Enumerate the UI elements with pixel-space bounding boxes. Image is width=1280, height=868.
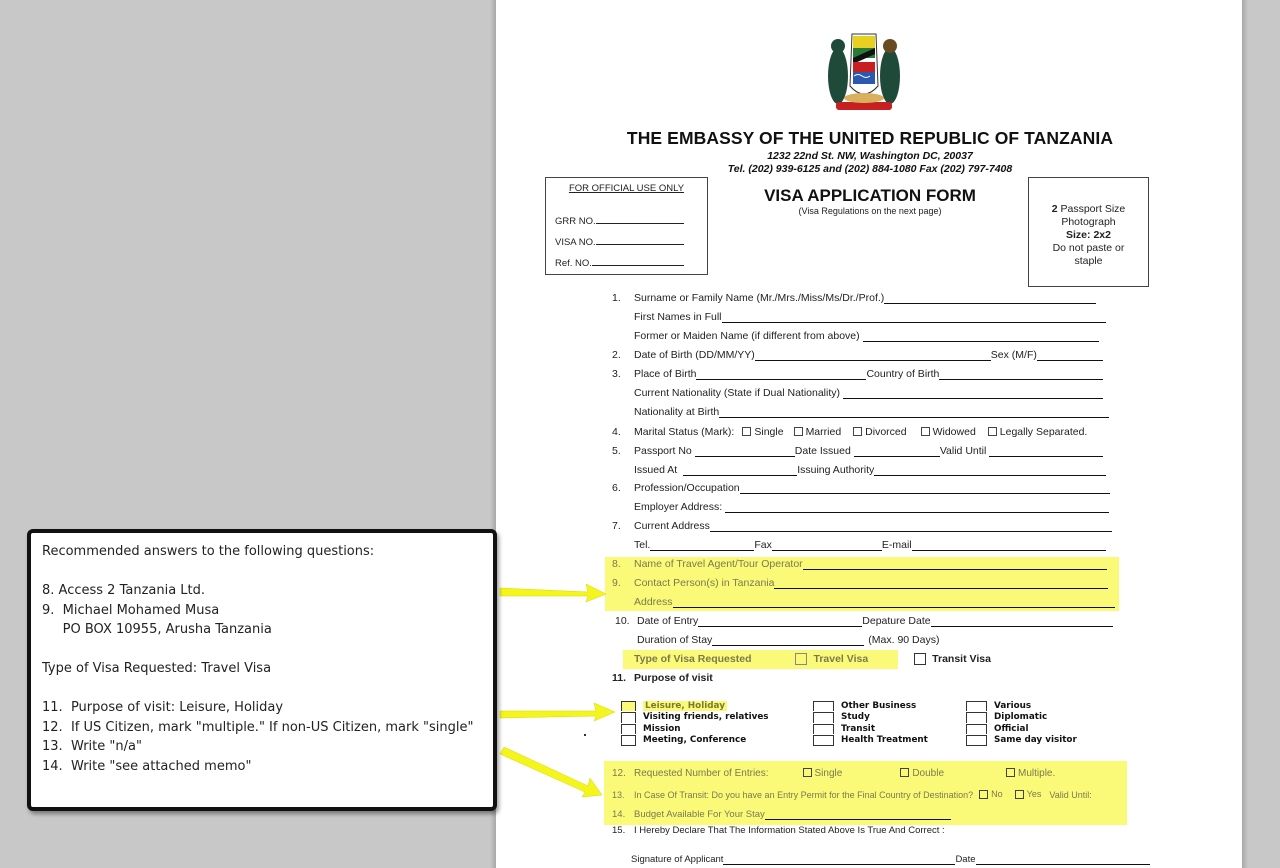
q4-marital-status: 4. Marital Status (Mark): Single Married… bbox=[612, 426, 1087, 438]
marital-separated-checkbox[interactable]: Legally Separated. bbox=[988, 426, 1088, 438]
form-subtitle: (Visa Regulations on the next page) bbox=[740, 206, 1000, 216]
q1-surname-field[interactable]: 1. Surname or Family Name (Mr./Mrs./Miss… bbox=[612, 292, 1096, 304]
travel-visa-checkbox[interactable]: Travel Visa bbox=[795, 653, 868, 665]
entries-double-checkbox[interactable]: Double bbox=[900, 768, 944, 779]
purpose-column-1: Leisure, Holiday Visiting friends, relat… bbox=[621, 700, 769, 746]
purpose-mission-checkbox[interactable]: Mission bbox=[621, 723, 769, 735]
q1-former-name-field[interactable]: Former or Maiden Name (if different from… bbox=[634, 330, 1099, 342]
ref-no-field[interactable]: Ref. NO. bbox=[555, 256, 684, 269]
q3-place-of-birth-field[interactable]: 3. Place of Birth Country of Birth bbox=[612, 368, 1103, 380]
transit-yes-checkbox[interactable]: Yes bbox=[1015, 789, 1042, 800]
q2-dob-field[interactable]: 2. Date of Birth (DD/MM/YY) Sex (M/F) bbox=[612, 349, 1103, 361]
q6-profession-field[interactable]: 6. Profession/Occupation bbox=[612, 482, 1110, 494]
marital-married-checkbox[interactable]: Married bbox=[794, 426, 842, 438]
q3-current-nationality-field[interactable]: Current Nationality (State if Dual Natio… bbox=[634, 387, 1103, 399]
purpose-transit-checkbox[interactable]: Transit bbox=[813, 723, 928, 735]
q10-duration-field[interactable]: Duration of Stay (Max. 90 Days) bbox=[637, 634, 939, 646]
entries-single-checkbox[interactable]: Single bbox=[803, 768, 843, 779]
purpose-same-day-checkbox[interactable]: Same day visitor bbox=[966, 735, 1077, 747]
recommended-answers-callout: Recommended answers to the following que… bbox=[27, 529, 497, 811]
purpose-column-3: Various Diplomatic Official Same day vis… bbox=[966, 700, 1077, 746]
q7-current-address-field[interactable]: 7. Current Address bbox=[612, 520, 1112, 532]
official-use-header: FOR OFFICIAL USE ONLY bbox=[546, 183, 707, 194]
entries-multiple-checkbox[interactable]: Multiple. bbox=[1006, 768, 1055, 779]
q7-contact-field[interactable]: Tel. Fax E-mail bbox=[634, 539, 1106, 551]
q5-issued-at-field[interactable]: Issued At Issuing Authority bbox=[634, 464, 1106, 476]
photo-box: 2 Passport Size Photograph Size: 2x2 Do … bbox=[1028, 177, 1149, 287]
q6-employer-address-field[interactable]: Employer Address: bbox=[634, 501, 1109, 513]
grr-no-field[interactable]: GRR NO. bbox=[555, 214, 684, 227]
q1-first-names-field[interactable]: First Names in Full bbox=[634, 311, 1106, 323]
transit-no-checkbox[interactable]: No bbox=[979, 789, 1003, 800]
purpose-various-checkbox[interactable]: Various bbox=[966, 700, 1077, 712]
embassy-title: THE EMBASSY OF THE UNITED REPUBLIC OF TA… bbox=[560, 128, 1180, 149]
q12-entries: 12. Requested Number of Entries: Single … bbox=[612, 768, 1055, 779]
marital-divorced-checkbox[interactable]: Divorced bbox=[853, 426, 906, 438]
purpose-visiting-checkbox[interactable]: Visiting friends, relatives bbox=[621, 712, 769, 724]
signature-field[interactable]: Signature of Applicant Date bbox=[631, 853, 1150, 865]
purpose-leisure-checkbox[interactable]: Leisure, Holiday bbox=[621, 700, 769, 712]
q9-address-field[interactable]: Address bbox=[634, 596, 1115, 608]
q3-nationality-at-birth-field[interactable]: Nationality at Birth bbox=[634, 406, 1109, 418]
q13-transit: 13. In Case Of Transit: Do you have an E… bbox=[612, 789, 1092, 800]
q14-budget-field[interactable]: 14. Budget Available For Your Stay bbox=[612, 808, 951, 820]
stray-dot bbox=[584, 734, 586, 736]
q9-contact-person-field[interactable]: 9. Contact Person(s) in Tanzania bbox=[612, 577, 1108, 589]
q15-declaration: 15. I Hereby Declare That The Informatio… bbox=[612, 825, 945, 836]
marital-widowed-checkbox[interactable]: Widowed bbox=[921, 426, 976, 438]
purpose-column-2: Other Business Study Transit Health Trea… bbox=[813, 700, 928, 746]
q5-passport-field[interactable]: 5. Passport No Date Issued Valid Until bbox=[612, 445, 1103, 457]
purpose-meeting-checkbox[interactable]: Meeting, Conference bbox=[621, 735, 769, 747]
recommended-answers-text: Recommended answers to the following que… bbox=[42, 542, 473, 776]
tanzania-coat-of-arms-icon bbox=[818, 26, 910, 118]
form-title: VISA APPLICATION FORM bbox=[740, 186, 1000, 206]
purpose-diplomatic-checkbox[interactable]: Diplomatic bbox=[966, 712, 1077, 724]
official-use-box: FOR OFFICIAL USE ONLY GRR NO. VISA NO. R… bbox=[545, 177, 708, 275]
purpose-other-business-checkbox[interactable]: Other Business bbox=[813, 700, 928, 712]
transit-visa-checkbox[interactable]: Transit Visa bbox=[914, 653, 991, 665]
visa-no-field[interactable]: VISA NO. bbox=[555, 235, 684, 248]
purpose-official-checkbox[interactable]: Official bbox=[966, 723, 1077, 735]
q11-purpose-label: 11. Purpose of visit bbox=[612, 672, 713, 684]
purpose-study-checkbox[interactable]: Study bbox=[813, 712, 928, 724]
visa-type-row: Type of Visa Requested Travel Visa Trans… bbox=[634, 653, 991, 665]
q8-travel-agent-field[interactable]: 8. Name of Travel Agent/Tour Operator bbox=[612, 558, 1107, 570]
embassy-contact: Tel. (202) 939-6125 and (202) 884-1080 F… bbox=[650, 163, 1090, 176]
embassy-address-block: 1232 22nd St. NW, Washington DC, 20037 T… bbox=[650, 150, 1090, 176]
embassy-address: 1232 22nd St. NW, Washington DC, 20037 bbox=[650, 150, 1090, 163]
q10-date-of-entry-field[interactable]: 10. Date of Entry Depature Date bbox=[615, 615, 1113, 627]
marital-single-checkbox[interactable]: Single bbox=[742, 426, 783, 438]
purpose-health-checkbox[interactable]: Health Treatment bbox=[813, 735, 928, 747]
page-shadow-right bbox=[1242, 0, 1248, 868]
